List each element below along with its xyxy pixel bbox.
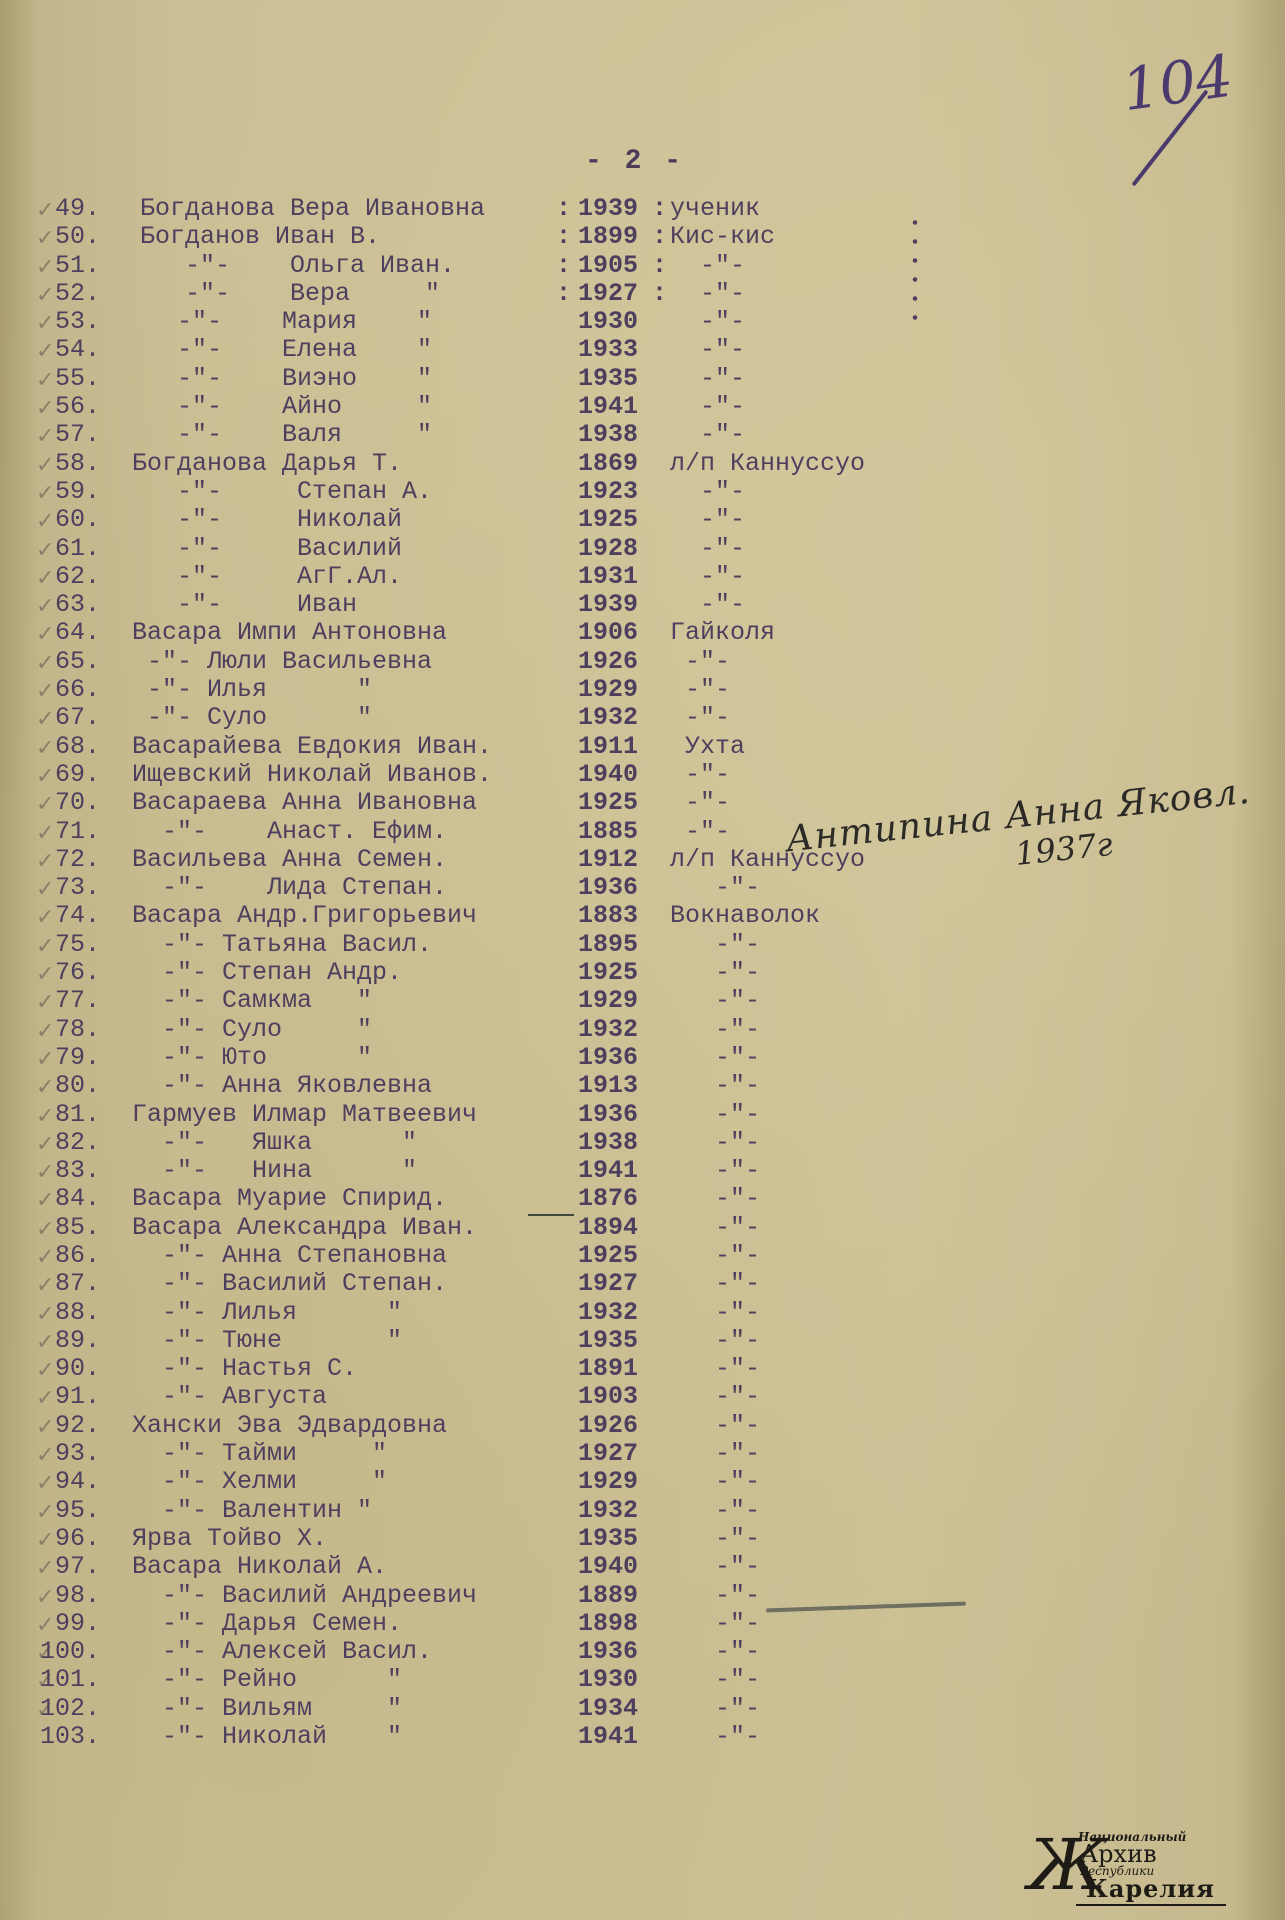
birth-year: 1938: [578, 1129, 638, 1157]
birth-year: 1934: [578, 1695, 638, 1723]
residence-place: -"-: [670, 365, 745, 393]
checkmark-icon: ✓: [36, 1046, 56, 1068]
checkmark-icon: ✓: [36, 480, 56, 502]
row-number: 57.: [55, 421, 100, 449]
person-name: Ярва Тойво Х.: [132, 1525, 327, 1553]
birth-year: 1936: [578, 1101, 638, 1129]
row-number: 81.: [55, 1101, 100, 1129]
person-name: -"- Анаст. Ефим.: [132, 818, 447, 846]
birth-year: 1925: [578, 789, 638, 817]
birth-year: 1932: [578, 704, 638, 732]
register-row: ✓90. -"- Настья С.1891 -"-: [0, 1355, 1285, 1383]
checkmark-icon: ✓: [36, 678, 56, 700]
checkmark-icon: ✓: [36, 1018, 56, 1040]
row-number: 98.: [55, 1582, 100, 1610]
person-name: -"- Рейно ": [132, 1666, 402, 1694]
birth-year: 1927: [578, 1270, 638, 1298]
row-number: 59.: [55, 478, 100, 506]
person-name: -"- Василий Степан.: [132, 1270, 447, 1298]
birth-year: 1926: [578, 1412, 638, 1440]
row-number: 54.: [55, 336, 100, 364]
checkmark-icon: ✓: [36, 1442, 56, 1464]
checkmark-icon: ✓: [36, 1470, 56, 1492]
birth-year: 1932: [578, 1299, 638, 1327]
residence-place: -"-: [670, 1525, 760, 1553]
person-name: Васара Александра Иван.: [132, 1214, 477, 1242]
row-number: 71.: [55, 818, 100, 846]
row-number: 61.: [55, 535, 100, 563]
archive-logo: Ж Национальный Архив Республики Карелия: [1028, 1822, 1268, 1912]
register-row: ✓89. -"- Тюне "1935 -"-: [0, 1327, 1285, 1355]
residence-place: -"-: [670, 393, 745, 421]
checkmark-icon: ✓: [36, 1131, 56, 1153]
birth-year: 1925: [578, 1242, 638, 1270]
residence-place: -"-: [670, 1553, 760, 1581]
row-number: 90.: [55, 1355, 100, 1383]
register-row: ✓66. -"- Илья "1929 -"-: [0, 676, 1285, 704]
residence-place: -"-: [670, 535, 745, 563]
person-name: Васара Муарие Спирид.: [132, 1185, 447, 1213]
row-number: 95.: [55, 1497, 100, 1525]
residence-place: -"-: [670, 478, 745, 506]
row-number: 92.: [55, 1412, 100, 1440]
column-separator: :: [652, 223, 667, 251]
register-row: ✓68.Васарайева Евдокия Иван.1911 Ухта: [0, 733, 1285, 761]
residence-place: Кис-кис: [670, 223, 775, 251]
register-row: ✓93. -"- Тайми "1927 -"-: [0, 1440, 1285, 1468]
residence-place: -"-: [670, 1016, 760, 1044]
birth-year: 1883: [578, 902, 638, 930]
birth-year: 1931: [578, 563, 638, 591]
residence-place: -"-: [670, 506, 745, 534]
checkmark-icon: ✓: [36, 1527, 56, 1549]
row-number: 64.: [55, 619, 100, 647]
checkmark-icon: ✓: [36, 1584, 56, 1606]
person-name: -"- Суло ": [132, 1016, 372, 1044]
register-row: ✓80. -"- Анна Яковлевна1913 -"-: [0, 1072, 1285, 1100]
person-name: -"- Дарья Семен.: [132, 1610, 402, 1638]
row-number: 53.: [55, 308, 100, 336]
birth-year: 1936: [578, 1044, 638, 1072]
residence-place: -"-: [670, 1044, 760, 1072]
register-row: ✓87. -"- Василий Степан.1927 -"-: [0, 1270, 1285, 1298]
residence-place: -"-: [670, 1242, 760, 1270]
person-name: Богданов Иван В.: [140, 223, 380, 251]
checkmark-icon: ✓: [36, 791, 56, 813]
row-number: 77.: [55, 987, 100, 1015]
residence-place: -"-: [670, 1072, 760, 1100]
birth-year: 1935: [578, 365, 638, 393]
register-row: ✓78. -"- Суло "1932 -"-: [0, 1016, 1285, 1044]
person-name: Богданова Вера Ивановна: [140, 195, 485, 223]
birth-year: 1941: [578, 1157, 638, 1185]
checkmark-icon: ✓: [36, 1244, 56, 1266]
person-name: -"- Василий Андреевич: [132, 1582, 477, 1610]
person-name: -"- Нина ": [132, 1157, 417, 1185]
register-list: ✓49.Богданова Вера Ивановна::1939ученик✓…: [0, 195, 1285, 1751]
row-number: 69.: [55, 761, 100, 789]
checkmark-icon: ✓: [36, 593, 56, 615]
person-name: -"- Самкма ": [132, 987, 372, 1015]
register-row: ✓95. -"- Валентин "1932 -"-: [0, 1497, 1285, 1525]
row-number: 68.: [55, 733, 100, 761]
person-name: -"- Тайми ": [132, 1440, 387, 1468]
register-row: ✓65. -"- Люли Васильевна1926 -"-: [0, 648, 1285, 676]
birth-year: 1925: [578, 959, 638, 987]
checkmark-icon: ✓: [36, 537, 56, 559]
person-name: -"- Василий: [132, 535, 402, 563]
row-number: 55.: [55, 365, 100, 393]
residence-place: -"-: [670, 591, 745, 619]
register-row: ✓94. -"- Хелми "1929 -"-: [0, 1468, 1285, 1496]
column-separator: :: [652, 280, 667, 308]
birth-year: 1936: [578, 874, 638, 902]
register-row: ✓49.Богданова Вера Ивановна::1939ученик: [0, 195, 1285, 223]
person-name: -"- Николай ": [132, 1723, 402, 1751]
register-row: ✓60. -"- Николай1925 -"-: [0, 506, 1285, 534]
birth-year: 1932: [578, 1497, 638, 1525]
register-row: ✓86. -"- Анна Степановна1925 -"-: [0, 1242, 1285, 1270]
register-row: ✓74.Васара Андр.Григорьевич1883Вокнаволо…: [0, 902, 1285, 930]
row-number: 88.: [55, 1299, 100, 1327]
person-name: -"- Степан А.: [132, 478, 432, 506]
row-number: 87.: [55, 1270, 100, 1298]
checkmark-icon: ✓: [36, 763, 56, 785]
register-row: ✓64.Васара Импи Антоновна1906Гайколя: [0, 619, 1285, 647]
birth-year: 1933: [578, 336, 638, 364]
residence-place: -"-: [670, 1468, 760, 1496]
row-number: 50.: [55, 223, 100, 251]
person-name: -"- Айно ": [132, 393, 432, 421]
residence-place: Гайколя: [670, 619, 775, 647]
row-number: 72.: [55, 846, 100, 874]
person-name: Васара Импи Антоновна: [132, 619, 447, 647]
checkmark-icon: ✓: [36, 452, 56, 474]
birth-year: 1885: [578, 818, 638, 846]
checkmark-icon: ✓: [36, 820, 56, 842]
checkmark-icon: ✓: [36, 961, 56, 983]
row-number: 66.: [55, 676, 100, 704]
row-number: 58.: [55, 450, 100, 478]
birth-year: 1939: [578, 591, 638, 619]
residence-place: -"-: [670, 931, 760, 959]
birth-year: 1930: [578, 308, 638, 336]
checkmark-icon: ✓: [36, 1499, 56, 1521]
residence-place: -"-: [670, 818, 730, 846]
checkmark-icon: ✓: [36, 989, 56, 1011]
row-number: 83.: [55, 1157, 100, 1185]
register-row: ✓59. -"- Степан А.1923 -"-: [0, 478, 1285, 506]
checkmark-icon: ✓: [36, 735, 56, 757]
register-row: ✓98. -"- Василий Андреевич1889 -"-: [0, 1582, 1285, 1610]
person-name: -"- Илья ": [132, 676, 372, 704]
residence-place: -"-: [670, 704, 730, 732]
logo-line-4: Карелия: [1086, 1874, 1215, 1903]
birth-year: 1939: [578, 195, 638, 223]
register-row: ✓57. -"- Валя "1938 -"-: [0, 421, 1285, 449]
person-name: Васараева Анна Ивановна: [132, 789, 477, 817]
checkmark-icon: ✓: [36, 197, 56, 219]
checkmark-icon: ✓: [36, 367, 56, 389]
checkmark-icon: ✓: [36, 848, 56, 870]
register-row: ✓85.Васара Александра Иван.1894 -"-: [0, 1214, 1285, 1242]
register-row: ✓69.Ищевский Николай Иванов.1940 -"-: [0, 761, 1285, 789]
person-name: Ищевский Николай Иванов.: [132, 761, 492, 789]
person-name: -"- Вильям ": [132, 1695, 402, 1723]
person-name: -"- Татьяна Васил.: [132, 931, 432, 959]
register-row: ✓79. -"- Юто "1936 -"-: [0, 1044, 1285, 1072]
checkmark-icon: ✓: [36, 1414, 56, 1436]
row-number: 103.: [40, 1723, 100, 1751]
register-row: ✓100. -"- Алексей Васил.1936 -"-: [0, 1638, 1285, 1666]
checkmark-icon: ✓: [36, 1159, 56, 1181]
column-separator: :: [556, 252, 571, 280]
birth-year: 1926: [578, 648, 638, 676]
residence-place: -"-: [670, 1270, 760, 1298]
register-row: ✓101. -"- Рейно "1930 -"-: [0, 1666, 1285, 1694]
register-row: ✓91. -"- Августа1903 -"-: [0, 1383, 1285, 1411]
checkmark-icon: ✓: [36, 1301, 56, 1323]
birth-year: 1905: [578, 252, 638, 280]
residence-place: -"-: [670, 336, 745, 364]
register-row: ✓50.Богданов Иван В.::1899Кис-кис: [0, 223, 1285, 251]
birth-year: 1906: [578, 619, 638, 647]
row-number: 84.: [55, 1185, 100, 1213]
person-name: -"- Тюне ": [132, 1327, 402, 1355]
register-row: ✓102. -"- Вильям "1934 -"-: [0, 1695, 1285, 1723]
person-name: -"- Вера ": [140, 280, 440, 308]
row-number: 79.: [55, 1044, 100, 1072]
residence-place: -"-: [670, 1723, 760, 1751]
row-number: 78.: [55, 1016, 100, 1044]
birth-year: 1929: [578, 987, 638, 1015]
birth-year: 1927: [578, 1440, 638, 1468]
register-row: ✓88. -"- Лилья "1932 -"-: [0, 1299, 1285, 1327]
residence-place: -"-: [670, 959, 760, 987]
person-name: Хански Эва Эдвардовна: [132, 1412, 447, 1440]
person-name: -"- Виэно ": [132, 365, 432, 393]
row-number: 73.: [55, 874, 100, 902]
residence-place: -"-: [670, 1214, 760, 1242]
checkmark-icon: ✓: [36, 904, 56, 926]
residence-place: -"-: [670, 1666, 760, 1694]
row-number: 94.: [55, 1468, 100, 1496]
row-number: 93.: [55, 1440, 100, 1468]
row-number: 56.: [55, 393, 100, 421]
residence-place: -"-: [670, 1101, 760, 1129]
row-number: 76.: [55, 959, 100, 987]
residence-place: -"-: [670, 308, 745, 336]
row-number: 75.: [55, 931, 100, 959]
row-number: 74.: [55, 902, 100, 930]
residence-place: -"-: [670, 1355, 760, 1383]
residence-place: -"-: [670, 1412, 760, 1440]
register-row: ✓99. -"- Дарья Семен.1898 -"-: [0, 1610, 1285, 1638]
birth-year: 1940: [578, 761, 638, 789]
birth-year: 1930: [578, 1666, 638, 1694]
birth-year: 1940: [578, 1553, 638, 1581]
birth-year: 1876: [578, 1185, 638, 1213]
register-row: ✓97.Васара Николай А.1940 -"-: [0, 1553, 1285, 1581]
checkmark-icon: ✓: [36, 1612, 56, 1634]
birth-year: 1895: [578, 931, 638, 959]
residence-place: Ухта: [670, 733, 745, 761]
row-number: 51.: [55, 252, 100, 280]
residence-place: -"-: [670, 1582, 760, 1610]
birth-year: 1923: [578, 478, 638, 506]
birth-year: 1941: [578, 1723, 638, 1751]
person-name: -"- Лилья ": [132, 1299, 402, 1327]
birth-year: 1932: [578, 1016, 638, 1044]
residence-place: -"-: [670, 1695, 760, 1723]
residence-place: -"-: [670, 676, 730, 704]
person-name: -"- Яшка ": [132, 1129, 417, 1157]
row-number: 101.: [40, 1666, 100, 1694]
checkmark-icon: ✓: [36, 876, 56, 898]
birth-year: 1899: [578, 223, 638, 251]
row-number: 70.: [55, 789, 100, 817]
residence-place: Вокнаволок: [670, 902, 820, 930]
birth-year: 1911: [578, 733, 638, 761]
row-number: 85.: [55, 1214, 100, 1242]
person-name: -"- Августа: [132, 1383, 327, 1411]
birth-year: 1869: [578, 450, 638, 478]
row-number: 99.: [55, 1610, 100, 1638]
birth-year: 1928: [578, 535, 638, 563]
row-number: 86.: [55, 1242, 100, 1270]
person-name: Гармуев Илмар Матвеевич: [132, 1101, 477, 1129]
page-number: - 2 -: [585, 146, 684, 177]
register-row: ✓51. -"- Ольга Иван.::1905 -"-: [0, 252, 1285, 280]
person-name: -"- Алексей Васил.: [132, 1638, 432, 1666]
residence-place: -"-: [670, 280, 745, 308]
residence-place: -"-: [670, 1299, 760, 1327]
person-name: Васильева Анна Семен.: [132, 846, 447, 874]
checkmark-icon: ✓: [36, 1272, 56, 1294]
register-row: ✓53. -"- Мария "1930 -"-: [0, 308, 1285, 336]
person-name: -"- Анна Степановна: [132, 1242, 447, 1270]
checkmark-icon: ✓: [36, 1555, 56, 1577]
checkmark-icon: ✓: [36, 1357, 56, 1379]
residence-place: л/п Каннуссуо: [670, 450, 865, 478]
residence-place: -"-: [670, 761, 730, 789]
register-row: ✓73. -"- Лида Степан.1936 -"-: [0, 874, 1285, 902]
row-number: 97.: [55, 1553, 100, 1581]
column-separator: :: [652, 252, 667, 280]
birth-year: 1929: [578, 676, 638, 704]
row-number: 102.: [40, 1695, 100, 1723]
register-row: ✓56. -"- Айно "1941 -"-: [0, 393, 1285, 421]
residence-place: -"-: [670, 1129, 760, 1157]
checkmark-icon: ✓: [36, 423, 56, 445]
row-number: 82.: [55, 1129, 100, 1157]
row-number: 65.: [55, 648, 100, 676]
birth-year: 1935: [578, 1327, 638, 1355]
residence-place: -"-: [670, 1610, 760, 1638]
birth-year: 1898: [578, 1610, 638, 1638]
row-number: 80.: [55, 1072, 100, 1100]
row-number: 52.: [55, 280, 100, 308]
register-row: ✓58.Богданова Дарья Т.1869л/п Каннуссуо: [0, 450, 1285, 478]
birth-year: 1941: [578, 393, 638, 421]
residence-place: -"-: [670, 563, 745, 591]
birth-year: 1891: [578, 1355, 638, 1383]
row-number: 62.: [55, 563, 100, 591]
birth-year: 1925: [578, 506, 638, 534]
birth-year: 1894: [578, 1214, 638, 1242]
row-number: 91.: [55, 1383, 100, 1411]
checkmark-icon: ✓: [36, 650, 56, 672]
checkmark-icon: ✓: [36, 621, 56, 643]
checkmark-icon: ✓: [36, 225, 56, 247]
person-name: -"- Лида Степан.: [132, 874, 447, 902]
register-row: ✓52. -"- Вера "::1927 -"-: [0, 280, 1285, 308]
person-name: -"- Юто ": [132, 1044, 372, 1072]
register-row: ✓77. -"- Самкма "1929 -"-: [0, 987, 1285, 1015]
checkmark-icon: ✓: [36, 338, 56, 360]
residence-place: -"-: [670, 1383, 760, 1411]
person-name: -"- Елена ": [132, 336, 432, 364]
register-row: ✓81.Гармуев Илмар Матвеевич1936 -"-: [0, 1101, 1285, 1129]
person-name: -"- Хелми ": [132, 1468, 387, 1496]
residence-place: ученик: [670, 195, 760, 223]
row-number: 60.: [55, 506, 100, 534]
person-name: -"- Николай: [132, 506, 402, 534]
checkmark-icon: ✓: [36, 254, 56, 276]
birth-year: 1903: [578, 1383, 638, 1411]
register-row: ✓61. -"- Василий1928 -"-: [0, 535, 1285, 563]
checkmark-icon: ✓: [36, 1385, 56, 1407]
row-number: 100.: [40, 1638, 100, 1666]
checkmark-icon: ✓: [36, 282, 56, 304]
residence-place: -"-: [670, 648, 730, 676]
column-separator: :: [556, 280, 571, 308]
birth-year: 1927: [578, 280, 638, 308]
register-row: ✓54. -"- Елена "1933 -"-: [0, 336, 1285, 364]
person-name: Васара Николай А.: [132, 1553, 387, 1581]
register-row: ✓96.Ярва Тойво Х.1935 -"-: [0, 1525, 1285, 1553]
residence-place: -"-: [670, 1157, 760, 1185]
birth-year: 1936: [578, 1638, 638, 1666]
birth-year: 1913: [578, 1072, 638, 1100]
pencil-underline-mark: [528, 1214, 574, 1216]
person-name: -"- АгГ.Ал.: [132, 563, 402, 591]
person-name: -"- Степан Андр.: [132, 959, 402, 987]
birth-year: 1938: [578, 421, 638, 449]
column-separator: :: [652, 195, 667, 223]
birth-year: 1889: [578, 1582, 638, 1610]
residence-place: -"-: [670, 1327, 760, 1355]
register-row: ✓63. -"- Иван1939 -"-: [0, 591, 1285, 619]
person-name: Васара Андр.Григорьевич: [132, 902, 477, 930]
checkmark-icon: ✓: [36, 933, 56, 955]
residence-place: -"-: [670, 987, 760, 1015]
person-name: -"- Анна Яковлевна: [132, 1072, 432, 1100]
person-name: Васарайева Евдокия Иван.: [132, 733, 492, 761]
checkmark-icon: ✓: [36, 1216, 56, 1238]
column-separator: :: [556, 223, 571, 251]
birth-year: 1935: [578, 1525, 638, 1553]
checkmark-icon: ✓: [36, 565, 56, 587]
residence-place: -"-: [670, 874, 760, 902]
person-name: -"- Валя ": [132, 421, 432, 449]
person-name: -"- Валентин ": [132, 1497, 372, 1525]
register-row: ✓83. -"- Нина "1941 -"-: [0, 1157, 1285, 1185]
checkmark-icon: ✓: [36, 1187, 56, 1209]
residence-place: -"-: [670, 1638, 760, 1666]
birth-year: 1929: [578, 1468, 638, 1496]
archival-document-page: 104 - 2 - ✓49.Богданова Вера Ивановна::1…: [0, 0, 1285, 1920]
